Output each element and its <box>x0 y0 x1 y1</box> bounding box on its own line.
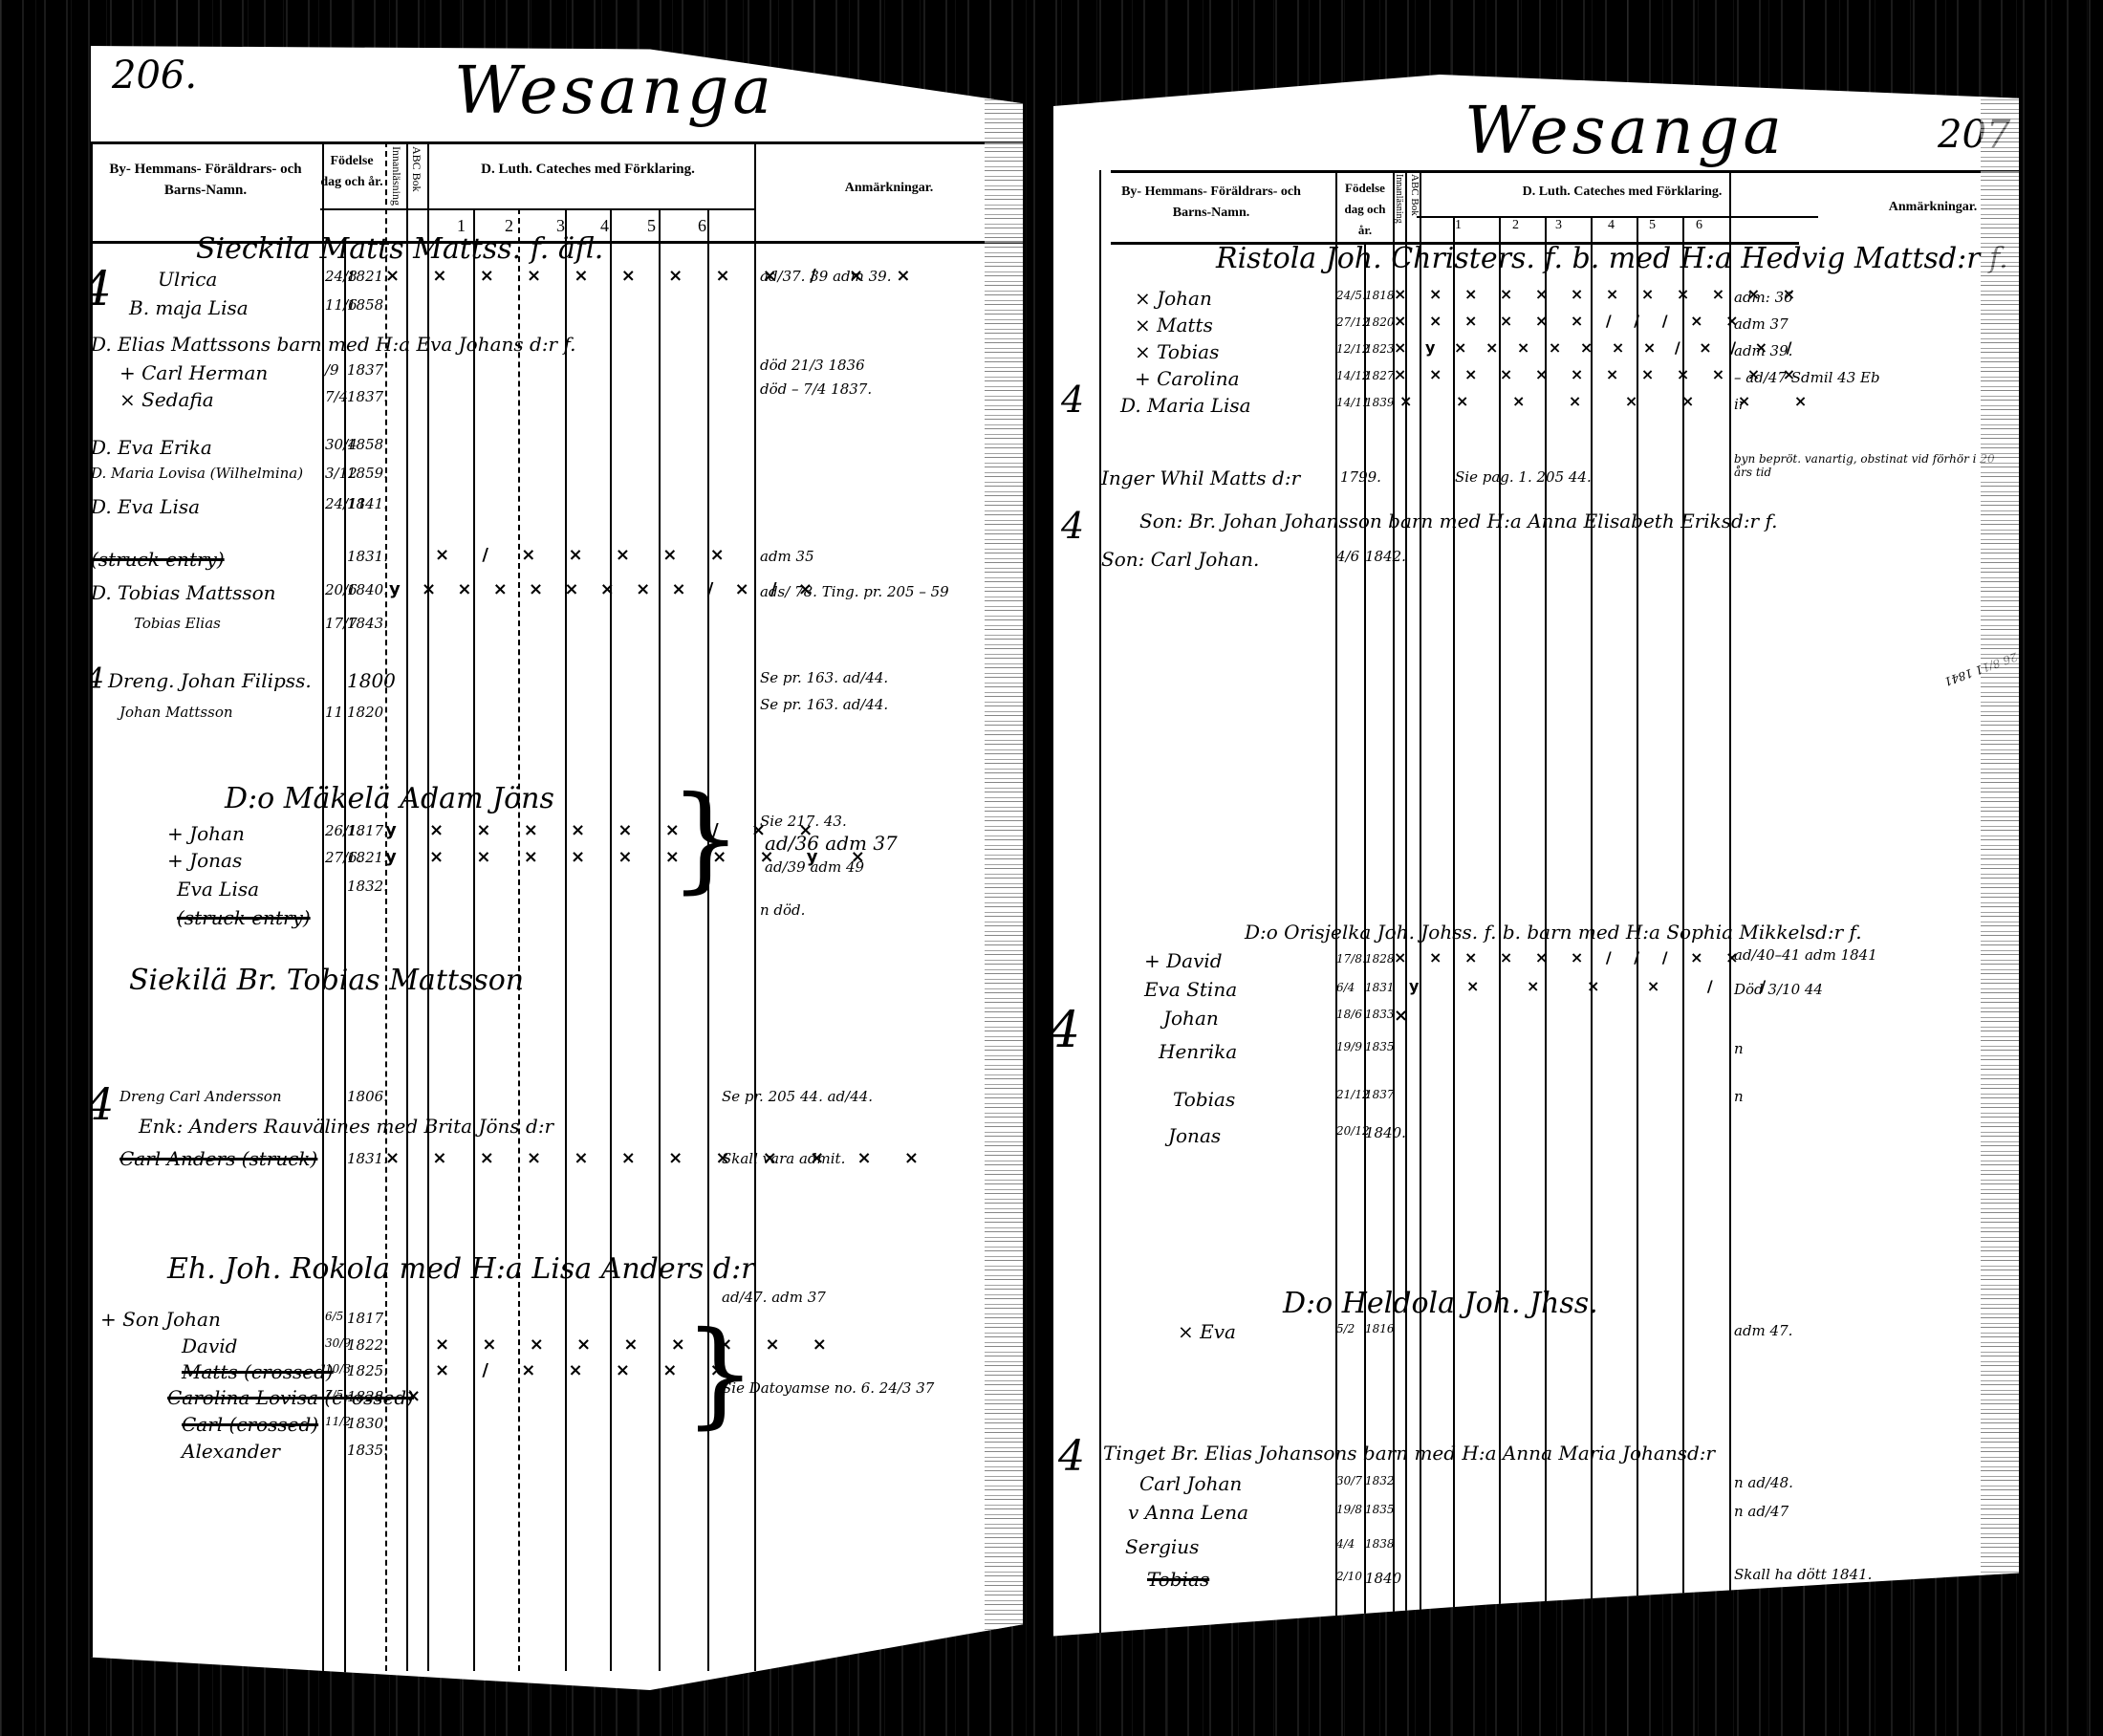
catechism-marks: × / × × × × × <box>435 545 738 565</box>
remark: ads/ 78. Ting. pr. 205 – 59 <box>760 583 949 600</box>
entry-name: Eva Lisa <box>177 878 259 901</box>
col-1: 1 <box>1455 218 1462 233</box>
col-line <box>707 208 709 1671</box>
entry-name: + Johan <box>167 822 245 845</box>
birth-day: 19/8 <box>1336 1503 1362 1516</box>
birth-day: 7/4 <box>325 388 348 405</box>
header-innanlasning: Innanläsning <box>389 146 403 237</box>
remark: ir <box>1734 396 1745 413</box>
birth-year: 1840 <box>1365 1570 1401 1587</box>
remark: n ad/48. <box>1734 1474 1793 1491</box>
birth-day: 19/9 <box>1336 1040 1362 1053</box>
birth-year: 1832. <box>347 878 388 895</box>
col-line <box>1393 170 1395 1642</box>
entry-name: + Carolina <box>1135 367 1240 390</box>
header-names: By- Hemmans- Föräldrars- och Barns-Namn. <box>91 159 320 201</box>
col-line <box>91 141 93 1671</box>
household-heading: Eh. Joh. Rokola med H:a Lisa Anders d:r <box>167 1252 755 1286</box>
margin-mark: 4 <box>1058 1432 1085 1481</box>
catechism-marks: × <box>1394 1006 1421 1026</box>
household-heading: D:o Mäkelä Adam Jöns <box>225 782 554 815</box>
header-birth: Födelse dag och år. <box>320 151 383 193</box>
remark: Se pr. 163. ad/44. <box>760 696 888 713</box>
header-catechism: D. Luth. Cateches med Förklaring. <box>425 159 750 180</box>
entry-name: × Eva <box>1178 1320 1236 1343</box>
entry-name: Ulrica <box>158 268 217 291</box>
header-remarks: Anmärkningar. <box>760 178 1018 199</box>
birth-year: 1799. <box>1340 468 1381 486</box>
remark: ad/36 adm 37 <box>765 832 898 855</box>
col-line <box>322 141 324 1671</box>
col-line <box>427 141 429 1671</box>
col-line <box>406 141 408 1671</box>
entry-name: Sergius <box>1125 1535 1199 1558</box>
catechism-marks: × × × × × × × × × × × × <box>385 1148 932 1168</box>
col-line <box>659 208 661 1671</box>
brace: } <box>683 1308 756 1441</box>
remark: n död. <box>760 901 805 919</box>
header-catechism: D. Luth. Cateches med Förklaring. <box>1421 182 1823 203</box>
remark: adm: 36 <box>1734 289 1793 306</box>
birth-year: 1831. <box>347 548 388 565</box>
col-line <box>344 241 346 1675</box>
remark: n ad/47 <box>1734 1503 1789 1520</box>
birth-year: 1831. <box>347 1150 388 1167</box>
birth-day: 30/7 <box>1336 1474 1362 1487</box>
birth-year: 1859. <box>347 465 388 482</box>
birth-year: 1820 <box>1365 315 1395 329</box>
col-line <box>1420 170 1421 1642</box>
birth-year: 1832 <box>1365 1474 1395 1487</box>
remark: n <box>1734 1088 1744 1105</box>
margin-mark: 4 <box>1053 1002 1080 1059</box>
entry-name: B. maja Lisa <box>129 296 249 319</box>
col-line <box>1099 170 1101 1642</box>
birth-year: 1817. <box>347 1310 388 1327</box>
household-heading: Sieckila Matts Mattss. f. äfl. <box>196 232 603 266</box>
birth-year: 1800 <box>347 669 396 692</box>
birth-year: 1806. <box>347 1088 388 1105</box>
birth-day: 7/5 <box>325 1388 343 1401</box>
catechism-marks: × × × × × × / / / × × <box>1394 312 1746 330</box>
page-title: Wesanga <box>1464 94 1786 169</box>
household-heading: Ristola Joh. Christers. f. b. med H:a He… <box>1216 242 2008 275</box>
entry-name: × Sedafia <box>119 388 214 411</box>
entry-name: D. Maria Lovisa (Wilhelmina) <box>91 465 303 482</box>
birth-year: 1830. <box>347 1415 388 1432</box>
entry-name: + David <box>1144 949 1223 972</box>
birth-day: 6/4 <box>1336 981 1355 994</box>
col-line <box>610 208 612 1671</box>
col-2: 2 <box>1512 218 1519 233</box>
remark: Skall vara admit. <box>722 1150 845 1167</box>
birth-year: 1820 <box>347 704 383 721</box>
col-line <box>1405 170 1407 1642</box>
birth-year: 1817. <box>347 822 388 839</box>
entry-name: David <box>182 1335 237 1357</box>
birth-year: 1837. <box>347 388 388 405</box>
entry-name: Tobias Elias <box>134 615 221 632</box>
birth-day: /9 <box>325 361 339 379</box>
birth-year: 1843. <box>347 615 388 632</box>
remark-note: byn bepröt. vanartig, obstinat vid förhö… <box>1734 452 2002 479</box>
remark: ad/40–41 adm 1841 <box>1734 946 1877 964</box>
page-edge <box>1981 75 2019 1652</box>
household-heading: Son: Br. Johan Johansson barn med H:a An… <box>1139 510 1778 532</box>
header-abc-bok: ABC Bok <box>409 146 423 237</box>
col-line <box>1335 170 1337 1642</box>
page-number: 206. <box>112 54 197 98</box>
birth-day: 4/4 <box>1336 1537 1355 1551</box>
birth-year: 1835 <box>1365 1040 1395 1053</box>
entry-name-struck: Carl (crossed) <box>182 1413 318 1436</box>
remark: ad/39 adm 49 <box>765 858 864 876</box>
birth-year: 1835. <box>347 1442 388 1459</box>
entry-name-struck: Matts (crossed) <box>182 1360 334 1383</box>
birth-year: 1858 <box>347 436 383 453</box>
entry-name: D. Eva Lisa <box>91 495 200 518</box>
entry-name: Son: Carl Johan. <box>1101 548 1259 571</box>
household-heading: D:o Heldola Joh. Jhss. <box>1283 1287 1598 1320</box>
col-line <box>565 208 567 1671</box>
entry-name-struck: (struck entry) <box>177 906 311 929</box>
remark: adm 35 <box>760 548 814 565</box>
margin-mark: 4 <box>1061 505 1084 547</box>
col-line <box>754 141 756 1671</box>
birth-year: 1858. <box>347 296 388 314</box>
page-title: Wesanga <box>454 54 775 129</box>
right-page: Wesanga 207 By- Hemmans- Föräldrars- och… <box>1053 75 2019 1652</box>
birth-day: 11 <box>325 704 343 721</box>
birth-year: 1822. <box>347 1336 388 1354</box>
birth-year: 1831 <box>1365 981 1395 994</box>
col-6: 6 <box>698 216 706 236</box>
entry-name: Alexander <box>182 1440 280 1463</box>
birth-year: 1818 <box>1365 289 1395 302</box>
entry-name-struck: (struck entry) <box>91 548 225 571</box>
birth-year: 1823 <box>1365 342 1395 356</box>
catechism-marks: × × × × × × × × <box>1399 392 1826 410</box>
birth-year: 1825. <box>347 1362 388 1379</box>
birth-year: 1842. <box>1365 548 1406 565</box>
birth-year: 1837 <box>1365 1088 1395 1101</box>
household-heading: D:o Orisjelka Joh. Johss. f. b. barn med… <box>1245 921 1862 944</box>
entry-name: Carl Johan <box>1139 1472 1242 1495</box>
birth-year: 1835 <box>1365 1503 1395 1516</box>
col-line <box>473 208 475 1671</box>
remark: Sie pag. 1. 205 44. <box>1455 468 1592 486</box>
birth-day: 24/5. <box>1336 289 1366 302</box>
header-rule-top <box>91 141 1023 144</box>
entry-name-struck: Tobias <box>1147 1568 1209 1591</box>
entry-name: × Matts <box>1135 314 1213 336</box>
entry-name: Dreng. Johan Filipss. <box>108 669 312 692</box>
brace: } <box>669 772 742 905</box>
remark: ad/47. adm 37 <box>722 1289 826 1306</box>
margin-mark: 4 <box>91 662 104 696</box>
entry-name: Tobias <box>1173 1088 1235 1111</box>
birth-day: 4/6 <box>1336 548 1359 565</box>
catechism-marks: y × × × × / / <box>1409 977 1787 995</box>
remark: ad/37. 39 adm 39. <box>760 268 891 285</box>
entry-name: Dreng Carl Andersson <box>119 1088 282 1105</box>
birth-year: 1841. <box>347 495 388 512</box>
col-5: 5 <box>1649 218 1656 233</box>
entry-name: + Jonas <box>167 849 242 872</box>
entry-name: Jonas <box>1168 1124 1221 1147</box>
birth-year: 1840. <box>347 581 388 598</box>
entry-name: D. Tobias Mattsson <box>91 581 276 604</box>
remark: adm 37 <box>1734 315 1789 333</box>
margin-mark: 4 <box>91 1078 114 1130</box>
birth-day: 5/2 <box>1336 1322 1355 1335</box>
entry-note: Enk: Anders Rauvälines med Brita Jöns d:… <box>139 1115 553 1138</box>
entry-name: Inger Whil Matts d:r <box>1101 467 1300 489</box>
birth-year: 1840. <box>1365 1124 1406 1141</box>
remark: Död 3/10 44 <box>1734 981 1823 998</box>
header-names: By- Hemmans- Föräldrars- och Barns-Namn. <box>1111 182 1312 224</box>
col-line <box>1729 170 1731 1642</box>
entry-name: Eva Stina <box>1144 978 1237 1001</box>
birth-day: 18/6 <box>1336 1008 1362 1021</box>
entry-name: D. Eva Erika <box>91 436 212 459</box>
birth-year: 1821. <box>347 268 388 285</box>
birth-year: 1837 <box>347 361 383 379</box>
entry-name: Johan <box>1163 1007 1219 1030</box>
col-3: 3 <box>1555 218 1562 233</box>
catechism-marks: × × × × × × / / / × × <box>1394 948 1746 966</box>
remark: adm 39. <box>1734 342 1792 359</box>
catechism-marks: y × × × × × × × × / × / × <box>389 579 820 599</box>
household-heading: Tinget Br. Elias Johansons barn med H:a … <box>1103 1442 1715 1465</box>
remark: död 21/3 1836 <box>760 357 865 374</box>
col-5: 5 <box>647 216 656 236</box>
margin-mark: 4 <box>91 261 112 316</box>
entry-name: Johan Mattsson <box>119 704 233 721</box>
birth-year: 1838 <box>1365 1537 1395 1551</box>
col-line <box>518 208 520 1671</box>
birth-year: 1839 <box>1365 396 1395 409</box>
household-heading: Siekilä Br. Tobias Mattsson <box>129 964 524 997</box>
entry-name: D. Maria Lisa <box>1120 394 1251 417</box>
margin-mark: 4 <box>1061 379 1084 421</box>
header-birth: Födelse dag och år. <box>1338 178 1392 241</box>
birth-year: 1833 <box>1365 1008 1395 1021</box>
page-edge <box>985 46 1023 1690</box>
birth-day: 2/10 <box>1336 1570 1362 1583</box>
remark: Sie 217. 43. <box>760 813 847 830</box>
entry-name: × Johan <box>1135 287 1212 310</box>
catechism-marks: × <box>406 1386 434 1406</box>
entry-name-struck: Carl Anders (struck) <box>119 1147 317 1170</box>
entry-name: + Son Johan <box>100 1308 221 1331</box>
birth-year: 1828 <box>1365 952 1395 966</box>
remark: adm 47. <box>1734 1322 1792 1339</box>
remark: Skall ha dött 1841. <box>1734 1566 1872 1583</box>
remark: Se pr. 163. ad/44. <box>760 669 888 686</box>
birth-year: 1816 <box>1365 1322 1395 1335</box>
birth-day: 17/8. <box>1336 952 1366 966</box>
left-page: 206. Wesanga By- Hemmans- Föräldrars- oc… <box>91 46 1023 1690</box>
remark: n <box>1734 1040 1744 1057</box>
entry-name: + Carl Herman <box>119 361 268 384</box>
col-6: 6 <box>1696 218 1702 233</box>
remark: – ad/47 Sdmil 43 Eb <box>1734 369 1880 386</box>
catechism-subrule <box>1417 216 1818 218</box>
header-innanlasning: Innanläsning <box>1394 174 1404 241</box>
entry-name: × Tobias <box>1135 340 1219 363</box>
remark: Se pr. 205 44. ad/44. <box>722 1088 873 1105</box>
remark: död – 7/4 1837. <box>760 380 872 398</box>
household-heading: D. Elias Mattssons barn med H:a Eva Joha… <box>91 333 576 356</box>
birth-year: 1828. <box>347 1388 388 1405</box>
birth-day: 6/5 <box>325 1310 343 1323</box>
catechism-marks: × × × × × × × × × <box>435 1335 840 1355</box>
header-rule-top <box>1111 170 2019 173</box>
birth-year: 1821. <box>347 849 388 866</box>
col-4: 4 <box>1608 218 1615 233</box>
entry-name: Henrika <box>1159 1040 1237 1063</box>
entry-name: v Anna Lena <box>1128 1501 1248 1524</box>
